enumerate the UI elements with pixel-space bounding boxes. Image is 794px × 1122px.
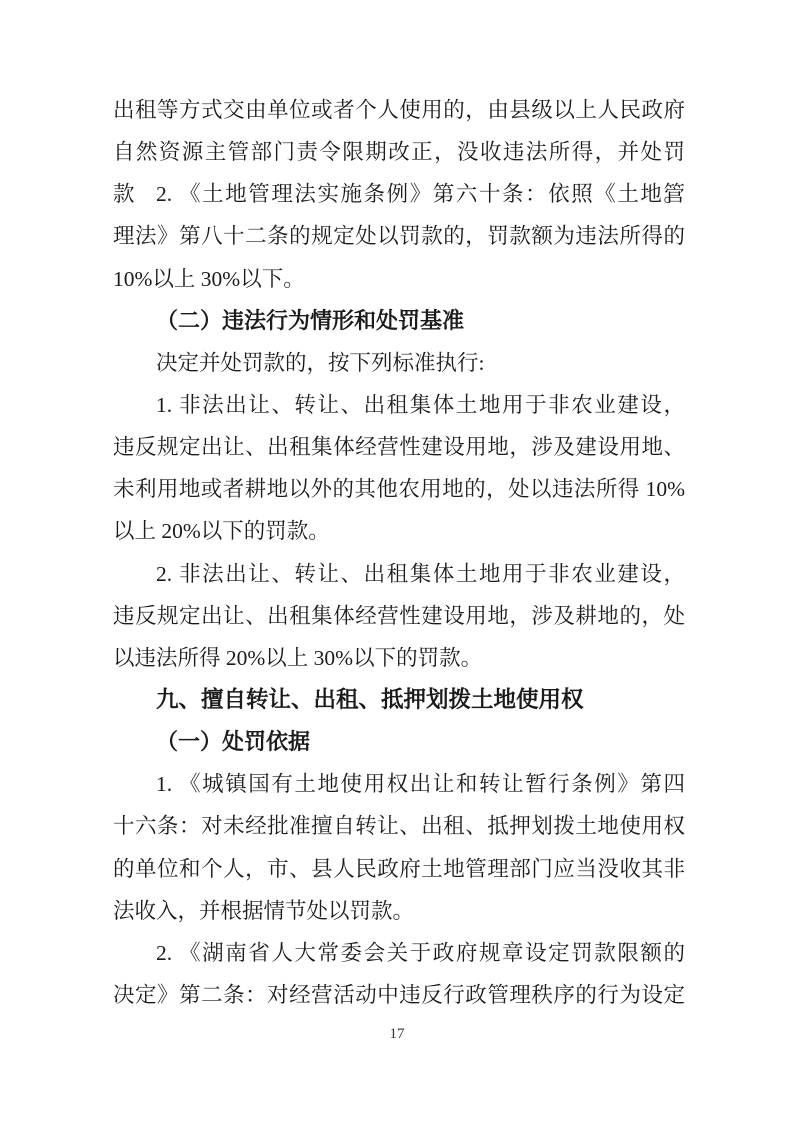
- chapter-heading-9: 九、擅自转让、出租、抵押划拨土地使用权: [113, 679, 685, 721]
- text-line: 未利用地或者耕地以外的其他农用地的，处以违法所得 10%: [113, 468, 685, 510]
- text-line: 以上 20%以下的罚款。: [113, 510, 685, 552]
- text-line: 2. 《土地管理法实施条例》第六十条：依照《土地管: [113, 173, 685, 215]
- text-line: 1. 非法出让、转让、出租集体土地用于非农业建设，: [113, 384, 685, 426]
- text-line: 十六条：对未经批准擅自转让、出租、抵押划拨土地使用权: [113, 805, 685, 847]
- text-line: 违反规定出让、出租集体经营性建设用地，涉及建设用地、: [113, 426, 685, 468]
- text-line: 理法》第八十二条的规定处以罚款的，罚款额为违法所得的: [113, 215, 685, 257]
- text-line: 违反规定出让、出租集体经营性建设用地，涉及耕地的，处: [113, 595, 685, 637]
- text-line: 出租等方式交由单位或者个人使用的，由县级以上人民政府: [113, 89, 685, 131]
- section-heading-2: （二）违法行为情形和处罚基准: [113, 300, 685, 342]
- text-line: 法收入，并根据情节处以罚款。: [113, 890, 685, 932]
- section-heading-1: （一）处罚依据: [113, 721, 685, 763]
- text-line: 决定并处罚款的，按下列标准执行:: [113, 342, 685, 384]
- text-line: 2. 《湖南省人大常委会关于政府规章设定罚款限额的: [113, 932, 685, 974]
- text-line: 自然资源主管部门责令限期改正，没收违法所得，并处罚款。: [113, 131, 685, 173]
- text-line: 的单位和个人，市、县人民政府土地管理部门应当没收其非: [113, 848, 685, 890]
- text-line: 2. 非法出让、转让、出租集体土地用于非农业建设，: [113, 553, 685, 595]
- page-number: 17: [0, 1026, 794, 1043]
- text-line: 10%以上 30%以下。: [113, 258, 685, 300]
- text-line: 决定》第二条：对经营活动中违反行政管理秩序的行为设定: [113, 974, 685, 1016]
- text-line: 以违法所得 20%以上 30%以下的罚款。: [113, 637, 685, 679]
- text-line: 1. 《城镇国有土地使用权出让和转让暂行条例》第四: [113, 763, 685, 805]
- document-body: 出租等方式交由单位或者个人使用的，由县级以上人民政府 自然资源主管部门责令限期改…: [113, 89, 685, 1016]
- document-page: 出租等方式交由单位或者个人使用的，由县级以上人民政府 自然资源主管部门责令限期改…: [0, 0, 794, 1122]
